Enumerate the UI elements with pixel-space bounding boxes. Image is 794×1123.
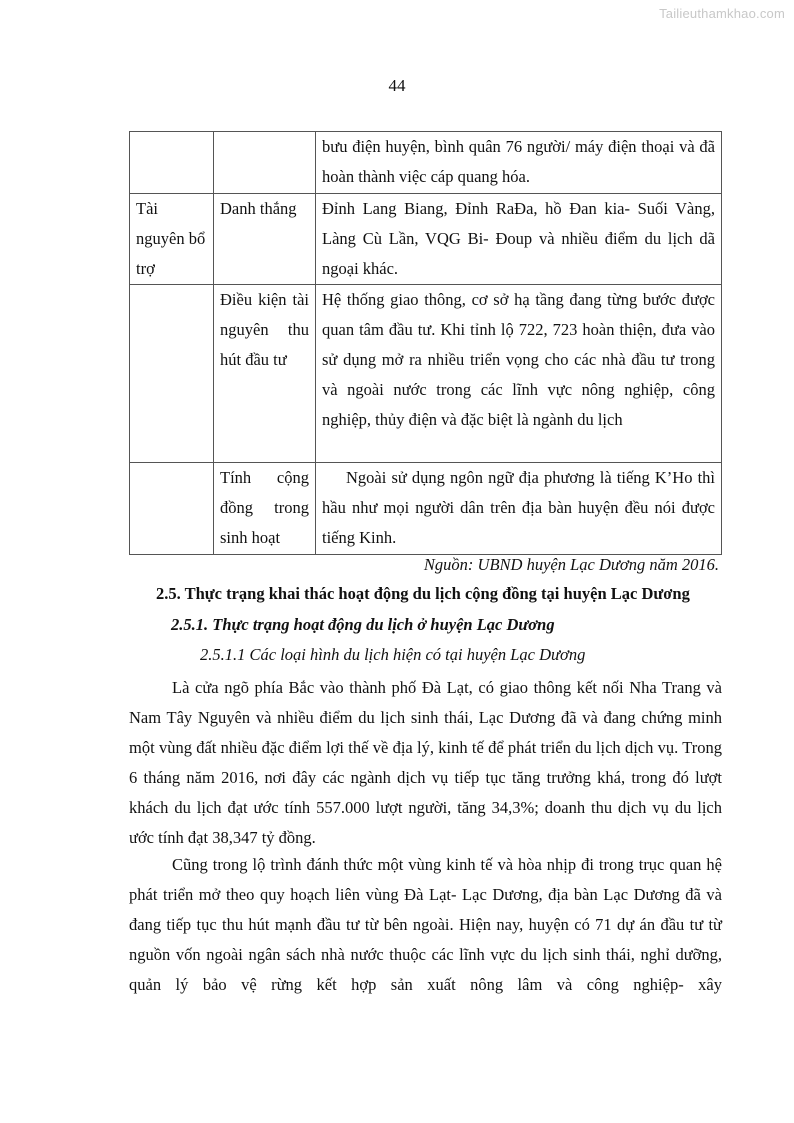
table-cell-category (130, 285, 214, 463)
section-heading: 2.5. Thực trạng khai thác hoạt động du l… (156, 584, 690, 604)
body-paragraph: Là cửa ngõ phía Bắc vào thành phố Đà Lạt… (129, 673, 722, 853)
resource-table: bưu điện huyện, bình quân 76 người/ máy … (129, 131, 722, 555)
table-row: Tính cộng đồng trong sinh hoạt Ngoài sử … (130, 463, 722, 555)
body-paragraph: Cũng trong lộ trình đánh thức một vùng k… (129, 850, 722, 1000)
subsection-heading: 2.5.1. Thực trạng hoạt động du lịch ở hu… (171, 615, 555, 635)
watermark: Tailieuthamkhao.com (659, 6, 785, 21)
table-cell-category (130, 132, 214, 194)
subsubsection-heading: 2.5.1.1 Các loại hình du lịch hiện có tạ… (200, 645, 585, 665)
table-cell-description: Ngoài sử dụng ngôn ngữ địa phương là tiế… (316, 463, 722, 555)
table-cell-subcategory (214, 132, 316, 194)
page-number: 44 (0, 76, 794, 96)
table-cell-subcategory: Danh thắng (214, 194, 316, 285)
table-source-note: Nguồn: UBND huyện Lạc Dương năm 2016. (424, 555, 719, 575)
table-row: Tài nguyên bổ trợ Danh thắng Đỉnh Lang B… (130, 194, 722, 285)
table-cell-description: Đỉnh Lang Biang, Đỉnh RaĐa, hồ Đan kia- … (316, 194, 722, 285)
table-cell-subcategory: Điều kiện tài nguyên thu hút đầu tư (214, 285, 316, 463)
table-cell-description: Hệ thống giao thông, cơ sở hạ tầng đang … (316, 285, 722, 463)
table-cell-subcategory: Tính cộng đồng trong sinh hoạt (214, 463, 316, 555)
table-row: Điều kiện tài nguyên thu hút đầu tư Hệ t… (130, 285, 722, 463)
table-cell-description: bưu điện huyện, bình quân 76 người/ máy … (316, 132, 722, 194)
table-cell-category (130, 463, 214, 555)
table-cell-category: Tài nguyên bổ trợ (130, 194, 214, 285)
table-row: bưu điện huyện, bình quân 76 người/ máy … (130, 132, 722, 194)
